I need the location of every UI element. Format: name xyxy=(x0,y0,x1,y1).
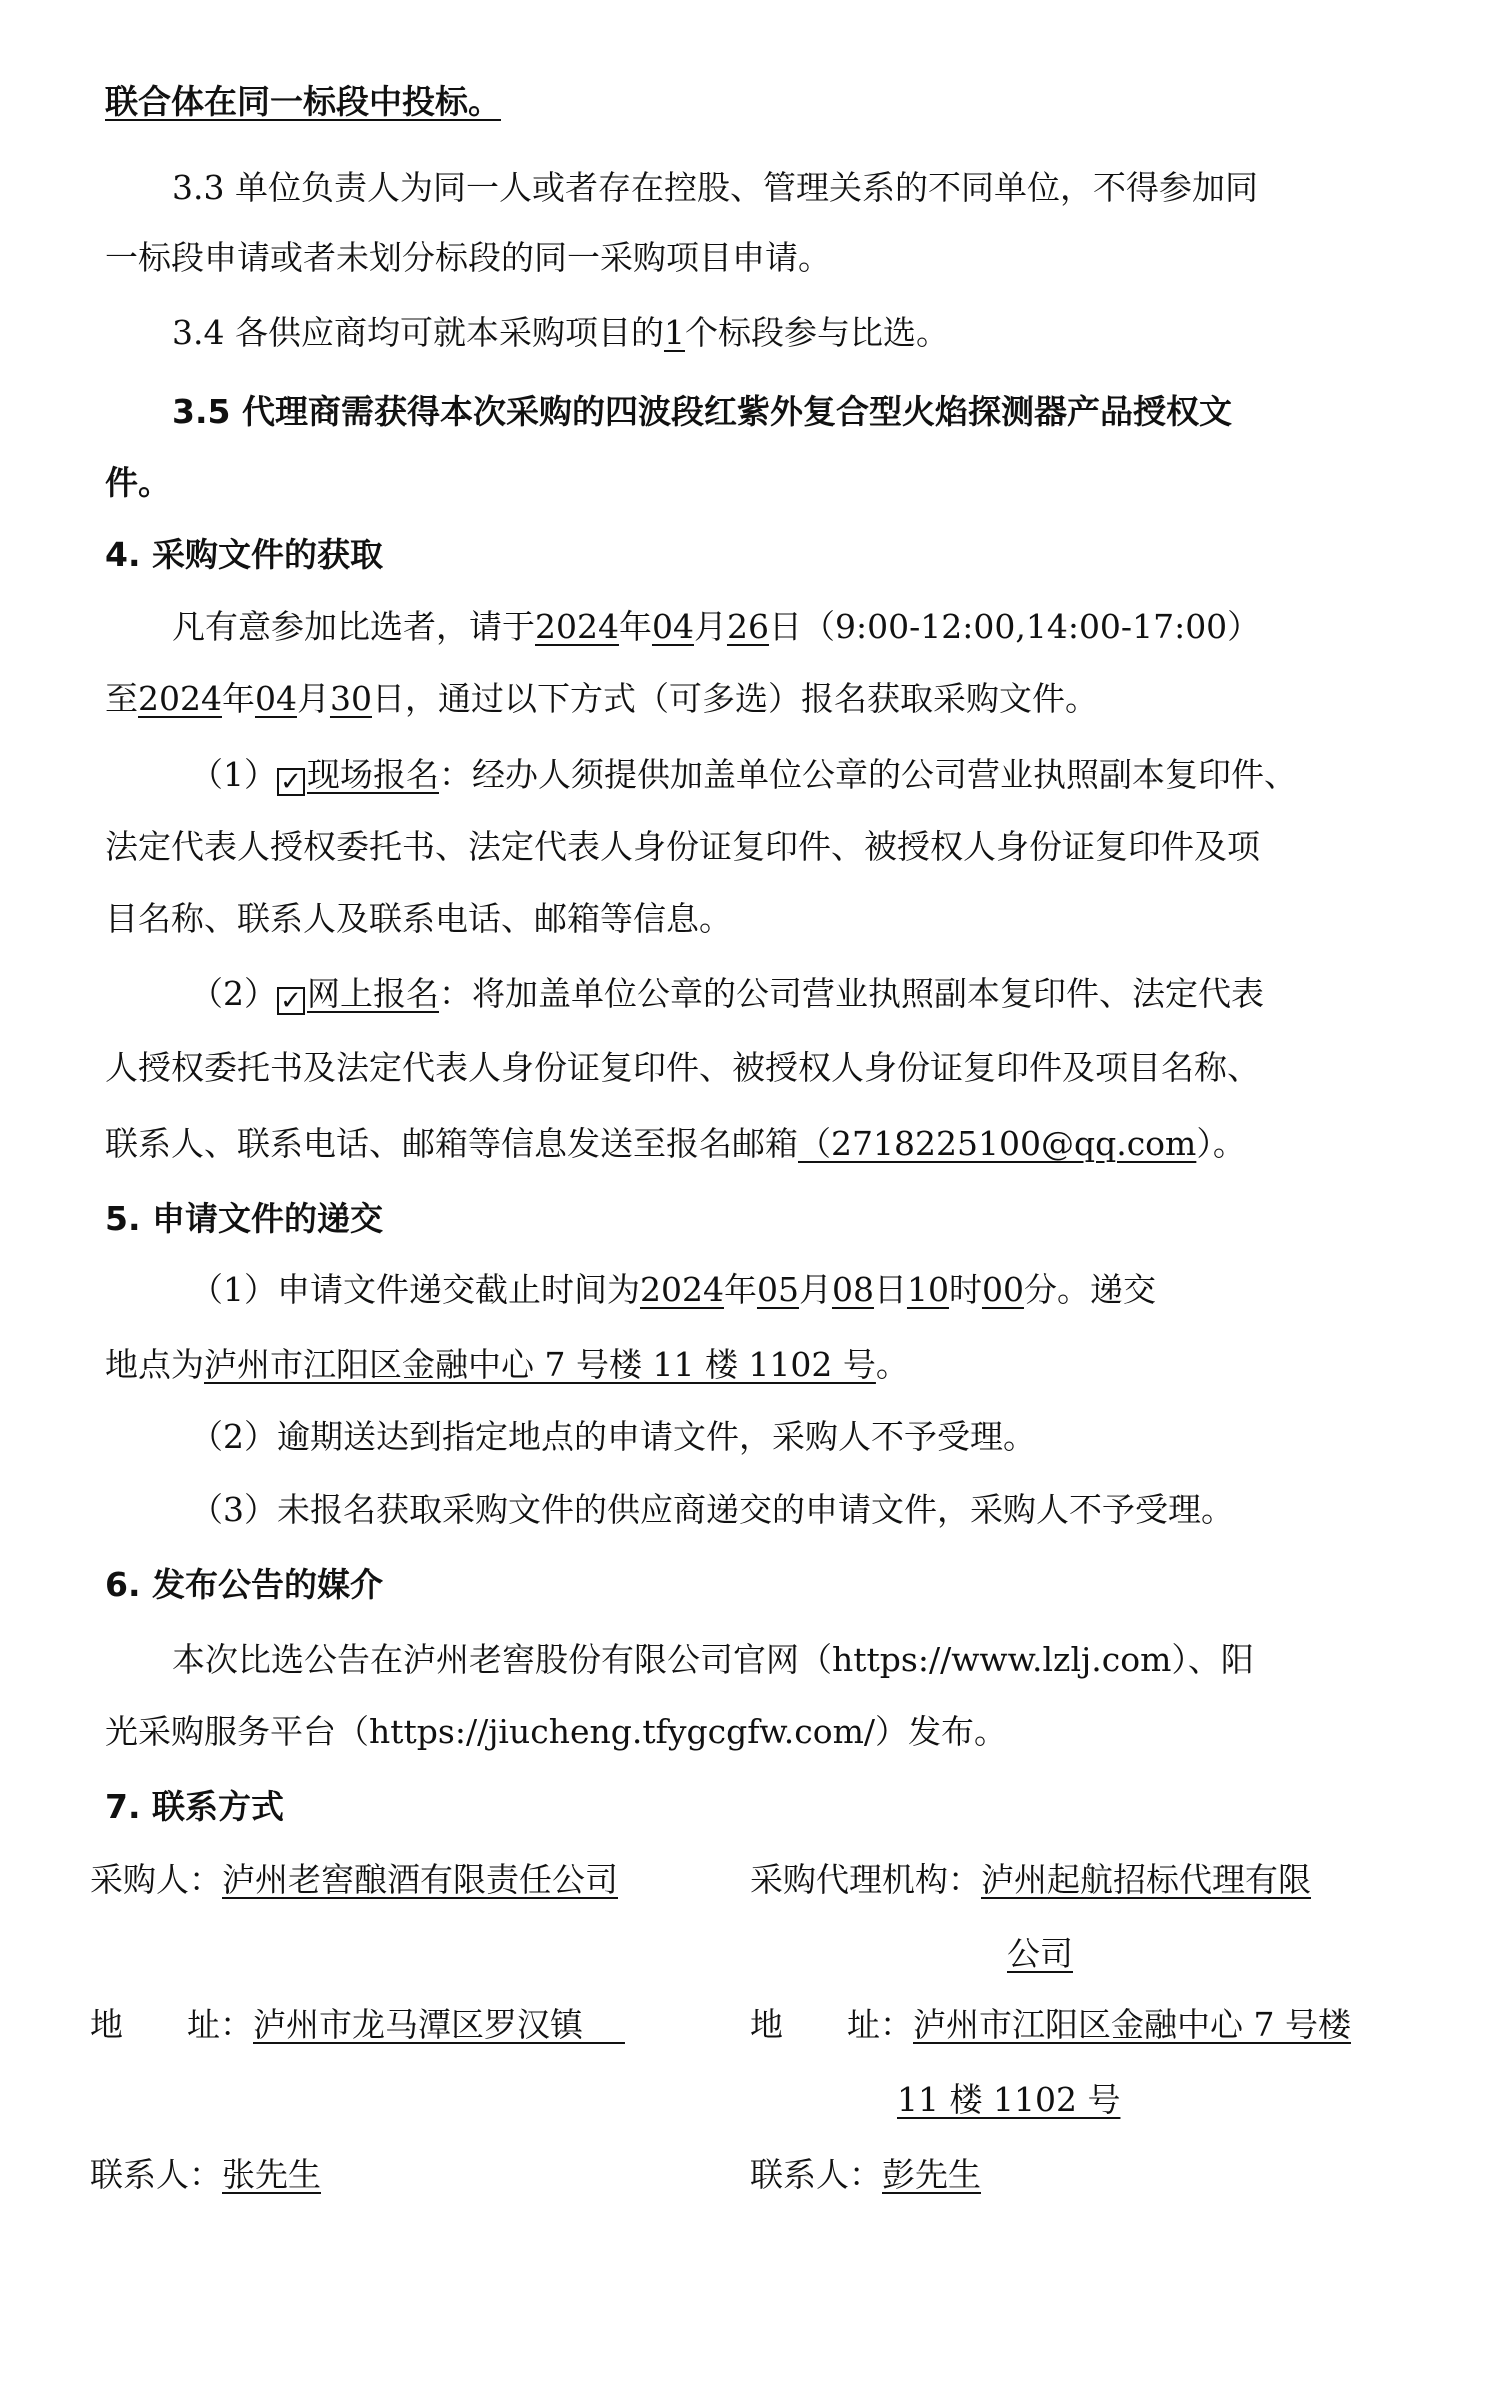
section-count-value: 1 xyxy=(664,308,685,358)
deadline-line2: 地点为 泸州市江阳区金融中心 7 号楼 11 楼 1102 号。 xyxy=(105,1340,1395,1390)
submission-location: 泸州市江阳区金融中心 7 号楼 11 楼 1102 号 xyxy=(204,1340,876,1390)
purchaser-contact: 张先生 xyxy=(222,2155,321,2194)
agency-row: 采购代理机构：泸州起航招标代理有限 xyxy=(750,1855,1311,1905)
method2-line3-prefix: 联系人、联系电话、邮箱等信息发送至报名邮箱 xyxy=(105,1124,798,1163)
address-label-part2: 址： xyxy=(187,2005,253,2044)
method2-line1: （2）✓网上报名：将加盖单位公章的公司营业执照副本复印件、法定代表 xyxy=(190,969,1395,1019)
purchaser-address: 泸州市龙马潭区罗汉镇 xyxy=(253,2005,625,2044)
method2-line2: 人授权委托书及法定代表人身份证复印件、被授权人身份证复印件及项目名称、 xyxy=(105,1043,1395,1093)
section3-continuation: 联合体在同一标段中投标。 xyxy=(105,77,1395,127)
deadline-line1: （1）申请文件递交截止时间为 2024 年 05 月 08 日 10 时 00 … xyxy=(190,1265,1395,1315)
method1-line3: 目名称、联系人及联系电话、邮箱等信息。 xyxy=(105,894,1395,944)
deadline-day-label: 日 xyxy=(874,1270,907,1309)
method1-line2: 法定代表人授权委托书、法定代表人身份证复印件、被授权人身份证复印件及项 xyxy=(105,822,1395,872)
start-day: 26 xyxy=(727,602,769,652)
deadline-hour-label: 时 xyxy=(949,1270,982,1309)
item-3-5-line1: 3.5 代理商需获得本次采购的四波段红紫外复合型火焰探测器产品授权文 xyxy=(172,387,1395,437)
agency-contact: 彭先生 xyxy=(882,2155,981,2194)
end-month: 04 xyxy=(255,674,297,724)
media-line1: 本次比选公告在泸州老窖股份有限公司官网（https://www.lzlj.com… xyxy=(172,1635,1395,1685)
contact-label: 联系人： xyxy=(750,2155,882,2194)
consortium-note: 联合体在同一标段中投标。 xyxy=(105,82,501,121)
contact-label: 联系人： xyxy=(90,2155,222,2194)
agency-name-line2-row: 公司 xyxy=(1007,1929,1073,1979)
method1-line1: （1）✓现场报名：经办人须提供加盖单位公章的公司营业执照副本复印件、 xyxy=(190,750,1395,800)
agency-address-line1: 泸州市江阳区金融中心 7 号楼 xyxy=(913,2005,1351,2044)
deadline-prefix: （1）申请文件递交截止时间为 xyxy=(190,1270,640,1309)
item-3-4-suffix: 个标段参与比选。 xyxy=(685,313,949,352)
item-3-3-line1: 3.3 单位负责人为同一人或者存在控股、管理关系的不同单位，不得参加同 xyxy=(172,163,1395,213)
checkbox-checked-icon: ✓ xyxy=(277,987,305,1015)
method1-text: 经办人须提供加盖单位公章的公司营业执照副本复印件、 xyxy=(472,755,1297,794)
end-year-label: 年 xyxy=(222,679,255,718)
agency-name-line2: 公司 xyxy=(1007,1934,1073,1973)
purchaser-contact-row: 联系人：张先生 xyxy=(90,2150,321,2200)
method2-text: 将加盖单位公章的公司营业执照副本复印件、法定代表 xyxy=(472,974,1264,1013)
purchaser-address-row: 地址：泸州市龙马潭区罗汉镇 xyxy=(90,2000,625,2050)
month-label: 月 xyxy=(694,607,727,646)
agency-contact-row: 联系人：彭先生 xyxy=(750,2150,981,2200)
agency-address-row: 地址：泸州市江阳区金融中心 7 号楼 xyxy=(750,2000,1351,2050)
purchaser-row: 采购人：泸州老窖酿酒有限责任公司 xyxy=(90,1855,618,1905)
item-3-4: 3.4 各供应商均可就本采购项目的 1 个标段参与比选。 xyxy=(172,308,1395,358)
acquisition-period-line2: 至2024年 04 月 30 日，通过以下方式（可多选）报名获取采购文件。 xyxy=(105,674,1395,724)
end-suffix: 日，通过以下方式（可多选）报名获取采购文件。 xyxy=(372,679,1098,718)
section7-heading: 7. 联系方式 xyxy=(105,1782,1395,1832)
section4-heading: 4. 采购文件的获取 xyxy=(105,530,1395,580)
checkbox-checked-icon: ✓ xyxy=(277,768,305,796)
end-month-label: 月 xyxy=(297,679,330,718)
method1-colon: ： xyxy=(439,755,472,794)
address-label-part1: 地 xyxy=(90,2005,123,2044)
address-label-part1: 地 xyxy=(750,2005,783,2044)
deadline-month: 05 xyxy=(757,1265,799,1315)
item-3-5-line2: 件。 xyxy=(105,458,1395,508)
item-3-4-prefix: 3.4 各供应商均可就本采购项目的 xyxy=(172,313,664,352)
section5-heading: 5. 申请文件的递交 xyxy=(105,1194,1395,1244)
to-label: 至 xyxy=(105,679,138,718)
method2-title: 网上报名 xyxy=(307,974,439,1013)
method2-line3: 联系人、联系电话、邮箱等信息发送至报名邮箱（2718225100@qq.com）… xyxy=(105,1119,1395,1169)
unregistered-rule: （3）未报名获取采购文件的供应商递交的申请文件，采购人不予受理。 xyxy=(190,1485,1395,1535)
day-label: 日 xyxy=(769,607,802,646)
section6-heading: 6. 发布公告的媒介 xyxy=(105,1560,1395,1610)
location-suffix: 。 xyxy=(876,1345,909,1384)
method2-option: ✓网上报名 xyxy=(277,974,439,1013)
agency-address-line2: 11 楼 1102 号 xyxy=(897,2080,1120,2119)
registration-email: （2718225100@qq.com xyxy=(798,1119,1196,1169)
agency-name-line1: 泸州起航招标代理有限 xyxy=(981,1860,1311,1899)
address-label-part2: 址： xyxy=(847,2005,913,2044)
item-3-3-line2: 一标段申请或者未划分标段的同一采购项目申请。 xyxy=(105,233,1395,283)
deadline-minute-label: 分。递交 xyxy=(1024,1270,1156,1309)
agency-label: 采购代理机构： xyxy=(750,1860,981,1899)
method1-title: 现场报名 xyxy=(307,755,439,794)
purchaser-name: 泸州老窖酿酒有限责任公司 xyxy=(222,1860,618,1899)
agency-address-line2-row: 11 楼 1102 号 xyxy=(897,2075,1120,2125)
late-submission-rule: （2）逾期送达到指定地点的申请文件，采购人不予受理。 xyxy=(190,1412,1395,1462)
deadline-hour: 10 xyxy=(907,1265,949,1315)
deadline-year-label: 年 xyxy=(724,1270,757,1309)
end-day: 30 xyxy=(330,674,372,724)
acquisition-period-line1: 凡有意参加比选者，请于 2024 年 04 月 26 日（9:00-12:00,… xyxy=(172,602,1395,652)
start-month: 04 xyxy=(652,602,694,652)
method2-number: （2） xyxy=(190,974,277,1013)
deadline-day: 08 xyxy=(832,1265,874,1315)
deadline-month-label: 月 xyxy=(799,1270,832,1309)
purchaser-label: 采购人： xyxy=(90,1860,222,1899)
intro-prefix: 凡有意参加比选者，请于 xyxy=(172,607,535,646)
year-label: 年 xyxy=(619,607,652,646)
end-year: 2024 xyxy=(138,674,222,724)
location-prefix: 地点为 xyxy=(105,1345,204,1384)
method2-line3-suffix: ）。 xyxy=(1196,1124,1246,1163)
method2-colon: ： xyxy=(439,974,472,1013)
office-hours: （9:00-12:00,14:00-17:00） xyxy=(802,607,1260,646)
method1-option: ✓现场报名 xyxy=(277,755,439,794)
method1-number: （1） xyxy=(190,755,277,794)
media-line2: 光采购服务平台（https://jiucheng.tfygcgfw.com/）发… xyxy=(105,1707,1395,1757)
deadline-year: 2024 xyxy=(640,1265,724,1315)
start-year: 2024 xyxy=(535,602,619,652)
deadline-minute: 00 xyxy=(982,1265,1024,1315)
